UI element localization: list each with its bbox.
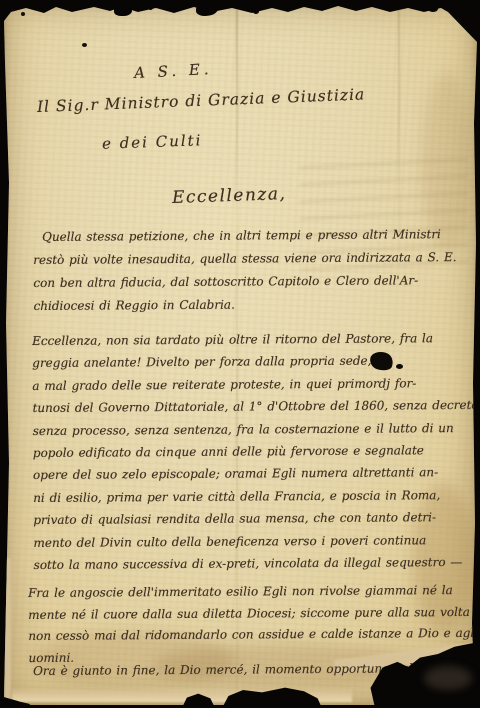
manuscript-line: tunosi del Governo Dittatoriale, al 1° d… <box>32 394 480 420</box>
recipient-department: e dei Culti <box>102 131 203 152</box>
torn-edge-hole <box>428 6 438 12</box>
paragraph: Fra le angoscie dell'immeritato esilio E… <box>28 580 478 670</box>
manuscript-line: popolo edificato da cinque anni delle pi… <box>33 439 480 465</box>
manuscript-line: opere del suo zelo episcopale; oramai Eg… <box>33 461 480 487</box>
manuscript-line: chidiocesi di Reggio in Calabria. <box>33 292 457 318</box>
paragraph: Eccellenza, non sia tardato più oltre il… <box>32 327 480 576</box>
manuscript-line: Ora è giunto in fine, la Dio mercé, il m… <box>33 658 424 681</box>
backdrop-shadow <box>424 666 472 690</box>
paragraph: Ora è giunto in fine, la Dio mercé, il m… <box>33 658 424 681</box>
manuscript-line: a mal grado delle sue reiterate proteste… <box>32 372 480 398</box>
manuscript-line: restò più volte inesaudita, quella stess… <box>33 246 457 272</box>
torn-edge-fiber <box>4 558 11 703</box>
manuscript-line: Fra le angoscie dell'immeritato esilio E… <box>28 580 478 605</box>
manuscript-line: sotto la mano successiva di ex-preti, vi… <box>34 551 480 577</box>
manuscript-line: mento del Divin culto della beneficenza … <box>33 528 480 554</box>
manuscript-line: con ben altra fiducia, dal sottoscritto … <box>33 269 457 295</box>
manuscript-line: non cessò mai dal ridomandarlo con assid… <box>28 623 478 648</box>
ink-speck <box>21 12 25 16</box>
manuscript-line: ni di esilio, prima per varie città dell… <box>33 484 480 510</box>
torn-edge-hole <box>114 5 132 16</box>
manuscript-line: senza processo, senza sentenza, fra la c… <box>33 416 480 442</box>
letter-paper: A S. E. Il Sig.r Ministro di Grazia e Gi… <box>4 3 477 705</box>
torn-edge-hole <box>253 9 259 14</box>
manuscript-line: privato di qualsiasi rendita della sua m… <box>33 506 480 532</box>
ink-blot-satellite <box>396 364 403 369</box>
ink-speck <box>82 43 87 47</box>
manuscript-line: Quella stessa petizione, che in altri te… <box>33 223 457 249</box>
manuscript-line: mente né il cuore dalla sua diletta Dioc… <box>28 601 478 626</box>
manuscript-line: Eccellenza, non sia tardato più oltre il… <box>32 327 480 353</box>
paragraph: Quella stessa petizione, che in altri te… <box>33 223 457 318</box>
salutation: Eccellenza, <box>172 184 287 208</box>
torn-edge-hole <box>148 6 153 10</box>
photo-backdrop: A S. E. Il Sig.r Ministro di Grazia e Gi… <box>0 0 480 708</box>
manuscript-line: greggia anelante! Divelto per forza dall… <box>32 349 480 375</box>
